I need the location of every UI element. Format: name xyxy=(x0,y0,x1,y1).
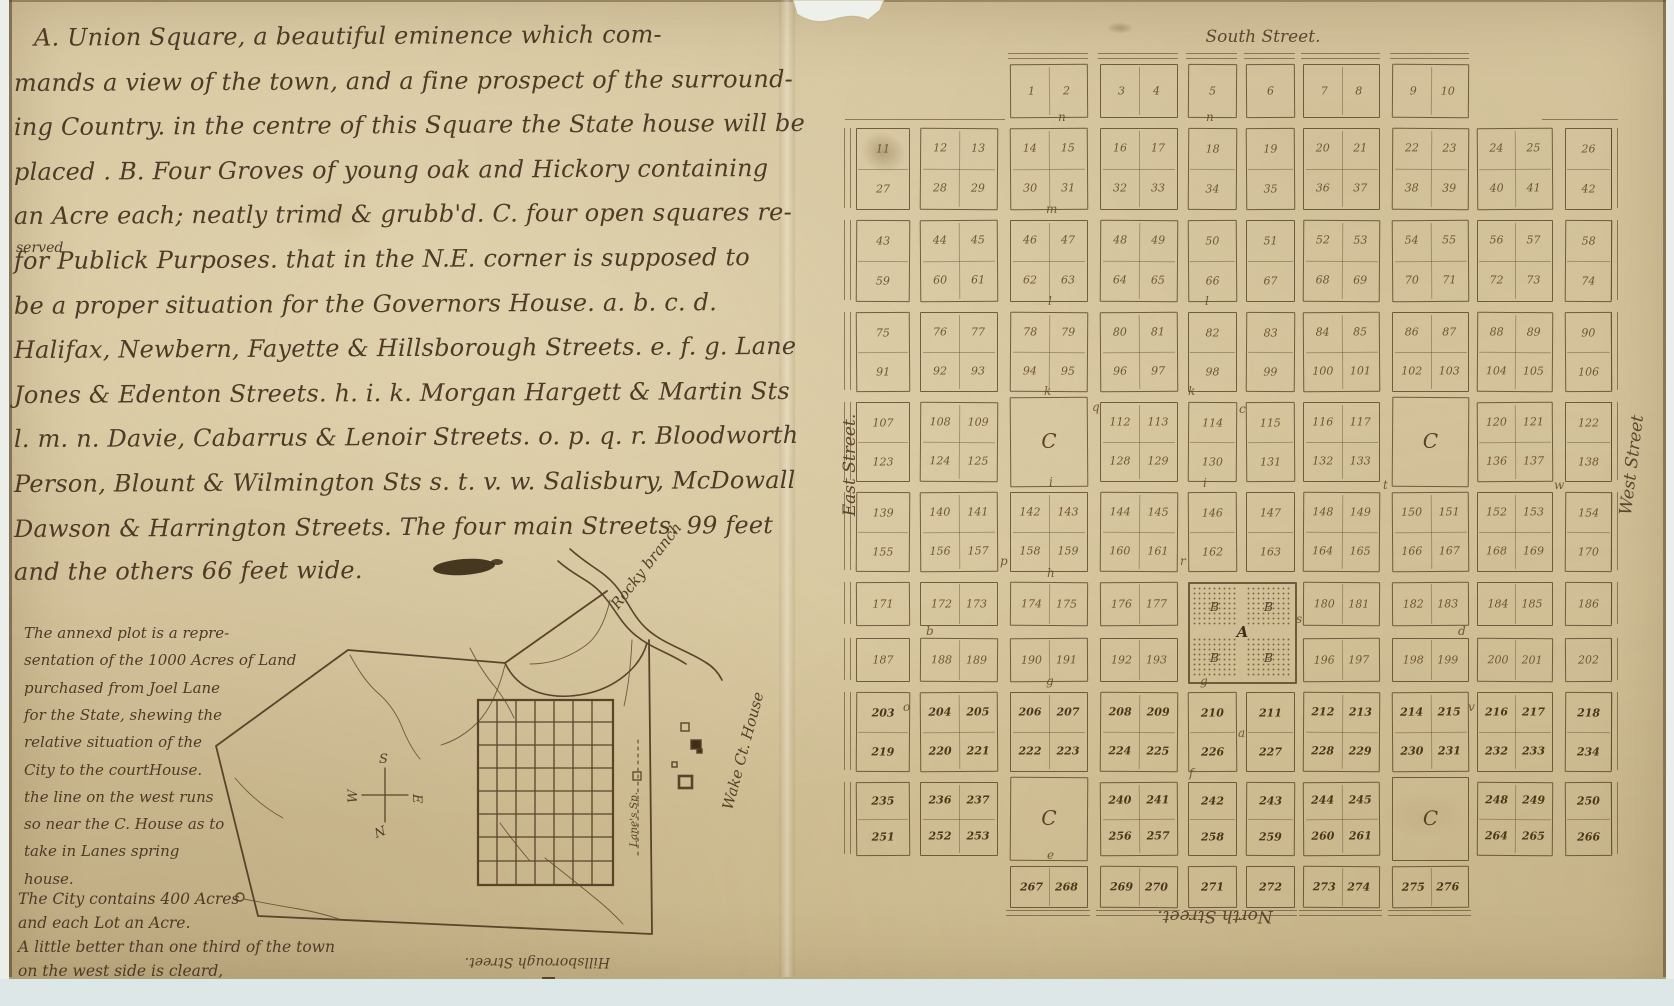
lot-number: 43 xyxy=(876,234,890,247)
lot-block: 171 xyxy=(856,582,910,626)
lot-number: 36 xyxy=(1316,182,1330,195)
lot-number: 34 xyxy=(1205,182,1219,195)
lot-divider xyxy=(1431,640,1432,679)
street-letter: k xyxy=(1044,384,1051,398)
lot-block: 54557071 xyxy=(1392,220,1470,303)
south-street-label: South Street. xyxy=(1178,27,1348,47)
street-edge-line xyxy=(850,582,851,624)
lot-number: 160 xyxy=(1109,544,1130,557)
lot-number: 41 xyxy=(1527,182,1541,195)
lot-block: 192193 xyxy=(1100,638,1178,682)
right-scan-edge xyxy=(1666,0,1674,1006)
lot-block: 214215230231 xyxy=(1392,692,1470,773)
lot-block: 142143158159 xyxy=(1010,492,1088,572)
lot-block: C xyxy=(1010,397,1089,488)
street-edge-line xyxy=(1244,53,1295,54)
street-letter: e xyxy=(1047,848,1054,862)
lot-number: 259 xyxy=(1259,830,1282,843)
lot-number: 125 xyxy=(967,454,988,467)
lot-block: 180181 xyxy=(1303,582,1380,627)
lot-number: 161 xyxy=(1147,544,1168,557)
lot-number: 16 xyxy=(1113,142,1127,155)
lot-number: 131 xyxy=(1260,455,1281,468)
lot-number: 230 xyxy=(1400,744,1423,757)
lot-block: 76779293 xyxy=(920,312,998,392)
lot-number: 82 xyxy=(1206,326,1220,339)
lot-number: 46 xyxy=(1023,234,1037,247)
lot-divider xyxy=(1190,819,1235,820)
lot-divider xyxy=(1248,169,1293,170)
lot-number: 101 xyxy=(1350,364,1371,377)
lot-number: 177 xyxy=(1146,597,1167,610)
lot-number: 63 xyxy=(1061,274,1075,287)
lot-number: 145 xyxy=(1148,505,1169,518)
public-square-label: C xyxy=(1041,806,1056,830)
street-edge-line xyxy=(850,312,851,390)
lot-divider xyxy=(1139,131,1140,206)
street-edge-line xyxy=(1617,402,1618,480)
lot-number: 189 xyxy=(966,654,987,667)
lot-number: 215 xyxy=(1438,705,1461,718)
lot-number: 103 xyxy=(1439,364,1460,377)
lot-number: 11 xyxy=(876,143,890,156)
lot-block: 242258 xyxy=(1188,782,1237,856)
street-edge-line xyxy=(844,692,845,770)
lot-number: 174 xyxy=(1021,597,1042,610)
lot-number: 138 xyxy=(1578,455,1599,468)
lot-number: 85 xyxy=(1353,325,1367,338)
public-square-label: C xyxy=(1423,429,1438,453)
lot-number: 17 xyxy=(1151,142,1165,155)
street-letter: w xyxy=(1554,478,1564,492)
lot-block: 116117132133 xyxy=(1303,402,1380,482)
lot-block: 1127 xyxy=(856,128,910,210)
street-edge-line xyxy=(850,782,851,854)
lot-number: 258 xyxy=(1201,831,1224,844)
street-edge-line xyxy=(1098,58,1178,59)
street-letter: a xyxy=(1238,726,1245,740)
street-edge-line xyxy=(1299,910,1382,911)
lot-number: 235 xyxy=(871,794,894,807)
lot-number: 144 xyxy=(1110,505,1131,518)
lot-number: 225 xyxy=(1146,744,1169,757)
lot-number: 154 xyxy=(1578,506,1599,519)
lot-divider xyxy=(1341,868,1342,906)
lot-block: 52536869 xyxy=(1303,220,1381,303)
street-edge-line xyxy=(1388,915,1471,916)
lot-divider xyxy=(1049,584,1050,623)
lot-number: 108 xyxy=(930,415,951,428)
street-edge-line xyxy=(1301,53,1380,54)
lot-number: 71 xyxy=(1442,274,1456,287)
lot-block: 152153168169 xyxy=(1477,492,1553,572)
lot-number: 141 xyxy=(967,505,988,518)
lot-divider xyxy=(1567,819,1610,820)
lot-number: 267 xyxy=(1020,881,1043,894)
lot-block: 146162 xyxy=(1188,492,1238,572)
lot-number: 86 xyxy=(1405,325,1419,338)
lot-number: 62 xyxy=(1023,274,1037,287)
lot-number: 180 xyxy=(1314,597,1335,610)
lot-number: 200 xyxy=(1487,653,1508,666)
lot-number: 39 xyxy=(1442,182,1456,195)
lot-number: 133 xyxy=(1350,454,1371,467)
lot-divider xyxy=(1567,261,1610,262)
lot-number: 222 xyxy=(1019,744,1042,757)
street-edge-line xyxy=(1006,915,1090,916)
street-edge-line xyxy=(1388,910,1471,911)
street-edge-line xyxy=(1244,58,1295,59)
lot-number: 241 xyxy=(1146,794,1169,807)
street-letter: s xyxy=(1296,612,1302,626)
lot-number: 164 xyxy=(1312,544,1333,557)
lot-block: 4359 xyxy=(856,220,911,302)
lot-number: 162 xyxy=(1202,545,1223,558)
lot-block: 212213228229 xyxy=(1303,692,1381,773)
lot-block: 236237252253 xyxy=(920,782,998,856)
grove-square: B xyxy=(1246,586,1291,627)
lot-block: 1935 xyxy=(1246,128,1296,210)
lot-block: 240241256257 xyxy=(1100,782,1179,857)
lot-divider xyxy=(959,785,960,853)
lot-divider xyxy=(858,732,908,733)
lot-number: 9 xyxy=(1410,84,1417,97)
lot-number: 149 xyxy=(1350,505,1371,518)
lot-divider xyxy=(1567,532,1610,533)
lot-divider xyxy=(1515,640,1516,679)
lot-divider xyxy=(1049,495,1050,568)
street-letter: i xyxy=(1049,475,1053,489)
lot-number: 210 xyxy=(1201,706,1224,719)
lot-number: 252 xyxy=(929,830,952,843)
lot-number: 166 xyxy=(1401,544,1422,557)
lot-divider xyxy=(1248,352,1293,353)
lot-number: 78 xyxy=(1023,325,1037,338)
lot-divider xyxy=(959,315,960,388)
lot-block: 139155 xyxy=(856,492,911,572)
lot-divider xyxy=(858,442,908,443)
lot-number: 142 xyxy=(1020,505,1041,518)
street-edge-line xyxy=(1301,58,1380,59)
lot-number: 223 xyxy=(1057,744,1080,757)
lot-number: 188 xyxy=(931,653,952,666)
lot-number: 2 xyxy=(1063,84,1070,97)
lot-block: 1834 xyxy=(1188,128,1238,210)
lot-block: 184185 xyxy=(1477,582,1553,626)
lot-number: 257 xyxy=(1147,830,1170,843)
public-square-label: C xyxy=(1041,429,1056,453)
lot-divider xyxy=(1139,67,1140,116)
lot-number: 30 xyxy=(1023,182,1037,195)
street-edge-line xyxy=(1611,782,1612,854)
lot-number: 224 xyxy=(1108,744,1131,757)
lot-block: 211227 xyxy=(1246,692,1295,772)
street-letter: d xyxy=(1458,624,1466,638)
lot-number: 227 xyxy=(1259,745,1282,758)
street-letter: c xyxy=(1239,402,1246,416)
lot-number: 102 xyxy=(1401,364,1422,377)
lot-number: 232 xyxy=(1485,744,1508,757)
lot-divider xyxy=(959,640,960,679)
street-edge-line xyxy=(844,312,845,390)
lot-block: 6 xyxy=(1246,64,1295,118)
lot-number: 170 xyxy=(1578,545,1599,558)
lot-number: 27 xyxy=(876,183,890,196)
lot-number: 143 xyxy=(1058,505,1079,518)
lot-block: 12132829 xyxy=(920,128,999,211)
lot-block: 5874 xyxy=(1565,220,1613,302)
lot-number: 181 xyxy=(1348,598,1369,611)
lot-number: 146 xyxy=(1202,506,1223,519)
street-letter: l xyxy=(1205,294,1209,308)
lot-number: 106 xyxy=(1578,365,1599,378)
lot-number: 56 xyxy=(1490,234,1504,247)
lot-number: 95 xyxy=(1061,364,1075,377)
lot-number: 20 xyxy=(1316,142,1330,155)
lot-number: 81 xyxy=(1151,325,1165,338)
lot-number: 120 xyxy=(1486,415,1507,428)
plat-map: 1234567891011271213282914153031161732331… xyxy=(0,0,1674,1006)
lot-number: 147 xyxy=(1260,506,1281,519)
lot-number: 22 xyxy=(1405,142,1419,155)
lot-number: 94 xyxy=(1023,364,1037,377)
lot-number: 199 xyxy=(1437,654,1458,667)
lot-divider xyxy=(1248,442,1293,443)
lot-divider xyxy=(1567,442,1610,443)
lot-number: 150 xyxy=(1401,505,1422,518)
lot-block: 108109124125 xyxy=(920,402,999,483)
lot-number: 24 xyxy=(1489,142,1503,155)
lot-number: 7 xyxy=(1321,85,1328,98)
lot-number: 197 xyxy=(1348,653,1369,666)
lot-number: 122 xyxy=(1578,416,1599,429)
lot-number: 275 xyxy=(1402,881,1425,894)
lot-number: 182 xyxy=(1403,598,1424,611)
lot-number: 109 xyxy=(968,415,989,428)
lot-number: 123 xyxy=(873,455,894,468)
lot-number: 25 xyxy=(1526,142,1540,155)
lot-block: 250266 xyxy=(1565,782,1613,856)
lot-block: 22233839 xyxy=(1392,128,1470,211)
lot-number: 251 xyxy=(872,830,895,843)
lot-number: 253 xyxy=(967,830,990,843)
lot-divider xyxy=(1049,223,1050,298)
lot-block: 7591 xyxy=(856,312,911,392)
lot-number: 185 xyxy=(1522,598,1543,611)
grove-square: B xyxy=(1192,637,1237,678)
lot-number: 52 xyxy=(1316,234,1330,247)
lot-block: 46476263 xyxy=(1010,220,1088,302)
lot-number: 38 xyxy=(1405,182,1419,195)
east-street-label: East Street. xyxy=(840,385,860,545)
lot-number: 40 xyxy=(1490,182,1504,195)
lot-number: 175 xyxy=(1056,598,1077,611)
lot-block: 248249264265 xyxy=(1477,782,1554,857)
lot-block: 150151166167 xyxy=(1392,492,1470,573)
lot-divider xyxy=(1190,169,1235,170)
lot-number: 221 xyxy=(967,744,990,757)
lot-number: 84 xyxy=(1316,325,1330,338)
lot-number: 211 xyxy=(1259,706,1282,719)
lot-block: 2642 xyxy=(1565,128,1612,210)
lot-block: 208209224225 xyxy=(1100,692,1179,773)
lot-number: 99 xyxy=(1263,365,1277,378)
street-letter: b xyxy=(926,624,934,638)
lot-number: 10 xyxy=(1441,85,1455,98)
lot-block: 202 xyxy=(1565,638,1612,682)
lot-number: 248 xyxy=(1485,794,1508,807)
lot-number: 87 xyxy=(1442,325,1456,338)
lot-block: 78 xyxy=(1303,64,1380,118)
lot-block: 16173233 xyxy=(1100,128,1178,210)
street-edge-line xyxy=(1611,402,1612,480)
lot-number: 274 xyxy=(1347,881,1370,894)
street-edge-line xyxy=(1008,53,1088,54)
lot-block: 174175 xyxy=(1010,582,1088,627)
lot-number: 266 xyxy=(1577,830,1600,843)
street-letter: i xyxy=(1203,476,1207,490)
lot-number: 153 xyxy=(1523,505,1544,518)
lot-divider xyxy=(1248,732,1293,733)
street-edge-line xyxy=(1390,58,1469,59)
lot-number: 51 xyxy=(1264,235,1278,248)
lot-divider xyxy=(1139,405,1140,478)
right-paper-edge-line xyxy=(1663,0,1666,977)
public-square-label: C xyxy=(1423,806,1438,830)
lot-number: 260 xyxy=(1311,830,1334,843)
lot-number: 173 xyxy=(966,598,987,611)
lot-number: 32 xyxy=(1113,182,1127,195)
street-letter: l xyxy=(1048,294,1052,308)
lot-number: 8 xyxy=(1355,85,1362,98)
street-edge-line xyxy=(1098,53,1178,54)
street-edge-line xyxy=(1186,58,1237,59)
lot-number: 55 xyxy=(1442,234,1456,247)
lot-number: 64 xyxy=(1113,274,1127,287)
lot-divider xyxy=(1341,785,1342,853)
lot-block: 206207222223 xyxy=(1010,692,1088,772)
street-edge-line xyxy=(1617,312,1618,390)
lot-number: 193 xyxy=(1146,654,1167,667)
lot-number: 6 xyxy=(1267,84,1274,97)
lot-number: 250 xyxy=(1577,794,1600,807)
lot-number: 104 xyxy=(1486,364,1507,377)
lot-number: 218 xyxy=(1577,706,1600,719)
street-edge-line xyxy=(844,782,845,854)
lot-block: 188189 xyxy=(920,638,998,683)
union-square-label: A xyxy=(1237,623,1249,641)
lot-number: 196 xyxy=(1314,654,1335,667)
lot-block: 275276 xyxy=(1392,866,1469,909)
lot-number: 140 xyxy=(929,505,950,518)
lot-number: 237 xyxy=(967,794,990,807)
lot-divider xyxy=(1430,868,1431,906)
street-letter: n xyxy=(1206,110,1214,124)
lot-number: 209 xyxy=(1147,705,1170,718)
lot-block: 34 xyxy=(1100,64,1178,118)
lot-number: 53 xyxy=(1353,234,1367,247)
lot-number: 65 xyxy=(1151,274,1165,287)
left-paper-edge-line xyxy=(9,0,12,977)
lot-number: 45 xyxy=(971,234,985,247)
lot-number: 73 xyxy=(1527,274,1541,287)
lot-number: 58 xyxy=(1582,234,1596,247)
lot-number: 168 xyxy=(1486,544,1507,557)
lot-number: 67 xyxy=(1264,275,1278,288)
lot-number: 3 xyxy=(1118,85,1125,98)
lot-number: 112 xyxy=(1110,415,1131,428)
lot-number: 157 xyxy=(968,544,989,557)
street-edge-line xyxy=(1611,220,1612,300)
lot-divider xyxy=(1139,640,1140,679)
lot-divider xyxy=(1049,695,1050,768)
lot-divider xyxy=(1341,640,1342,679)
lot-block: 182183 xyxy=(1392,582,1469,627)
lot-block: 200201 xyxy=(1477,638,1553,683)
lot-number: 130 xyxy=(1202,455,1223,468)
lot-number: 201 xyxy=(1521,654,1542,667)
lot-number: 4 xyxy=(1153,85,1160,98)
lot-number: 72 xyxy=(1490,274,1504,287)
lot-block: 8687102103 xyxy=(1392,312,1469,392)
lot-block: 271 xyxy=(1188,866,1237,908)
lot-divider xyxy=(858,261,908,262)
street-edge-line xyxy=(845,119,1005,120)
grove-label: B xyxy=(1210,598,1219,613)
lot-block: 78799495 xyxy=(1010,312,1089,393)
street-letter: m xyxy=(1046,202,1057,216)
lot-number: 12 xyxy=(933,142,947,155)
lot-number: 14 xyxy=(1023,142,1037,155)
lot-number: 113 xyxy=(1148,415,1169,428)
lot-number: 220 xyxy=(929,744,952,757)
lot-divider xyxy=(1248,261,1293,262)
lot-divider xyxy=(1190,352,1235,353)
lot-number: 176 xyxy=(1111,598,1132,611)
lot-block: 910 xyxy=(1392,64,1469,119)
lot-number: 59 xyxy=(876,274,890,287)
lot-number: 69 xyxy=(1353,274,1367,287)
lot-divider xyxy=(959,584,960,623)
lot-block: 187 xyxy=(856,638,910,682)
street-edge-line xyxy=(1611,128,1612,208)
lot-number: 26 xyxy=(1582,143,1596,156)
lot-number: 29 xyxy=(971,182,985,195)
lot-number: 156 xyxy=(930,544,951,557)
lot-divider xyxy=(1515,495,1516,568)
lot-number: 117 xyxy=(1350,415,1371,428)
lot-number: 97 xyxy=(1151,364,1165,377)
lot-number: 114 xyxy=(1202,416,1223,429)
lot-number: 270 xyxy=(1145,881,1168,894)
lot-block: 24254041 xyxy=(1477,128,1554,211)
lot-number: 206 xyxy=(1019,705,1042,718)
lot-number: 50 xyxy=(1205,234,1219,247)
street-edge-line xyxy=(1611,492,1612,570)
lot-block: 48496465 xyxy=(1100,220,1179,303)
lot-number: 23 xyxy=(1442,142,1456,155)
lot-number: 244 xyxy=(1311,794,1334,807)
lot-block: 272 xyxy=(1246,866,1295,908)
street-edge-line xyxy=(1617,582,1618,624)
lot-divider xyxy=(1430,584,1431,623)
lot-number: 184 xyxy=(1487,598,1508,611)
lot-block: 112113128129 xyxy=(1100,402,1178,482)
lot-number: 76 xyxy=(933,325,947,338)
lot-divider xyxy=(1049,868,1050,906)
lot-number: 61 xyxy=(971,274,985,287)
lot-divider xyxy=(1515,695,1516,768)
